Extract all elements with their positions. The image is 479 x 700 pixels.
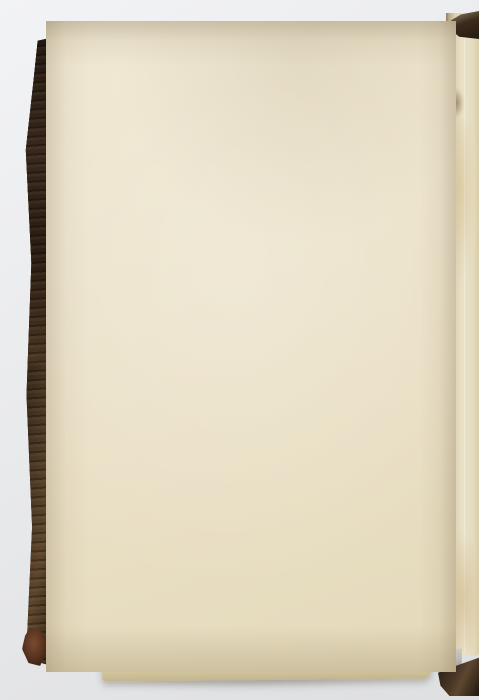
book-photograph: Tabla. 80 …o con premission… …rnadores, … bbox=[0, 0, 479, 700]
blank-endpaper bbox=[46, 21, 456, 672]
